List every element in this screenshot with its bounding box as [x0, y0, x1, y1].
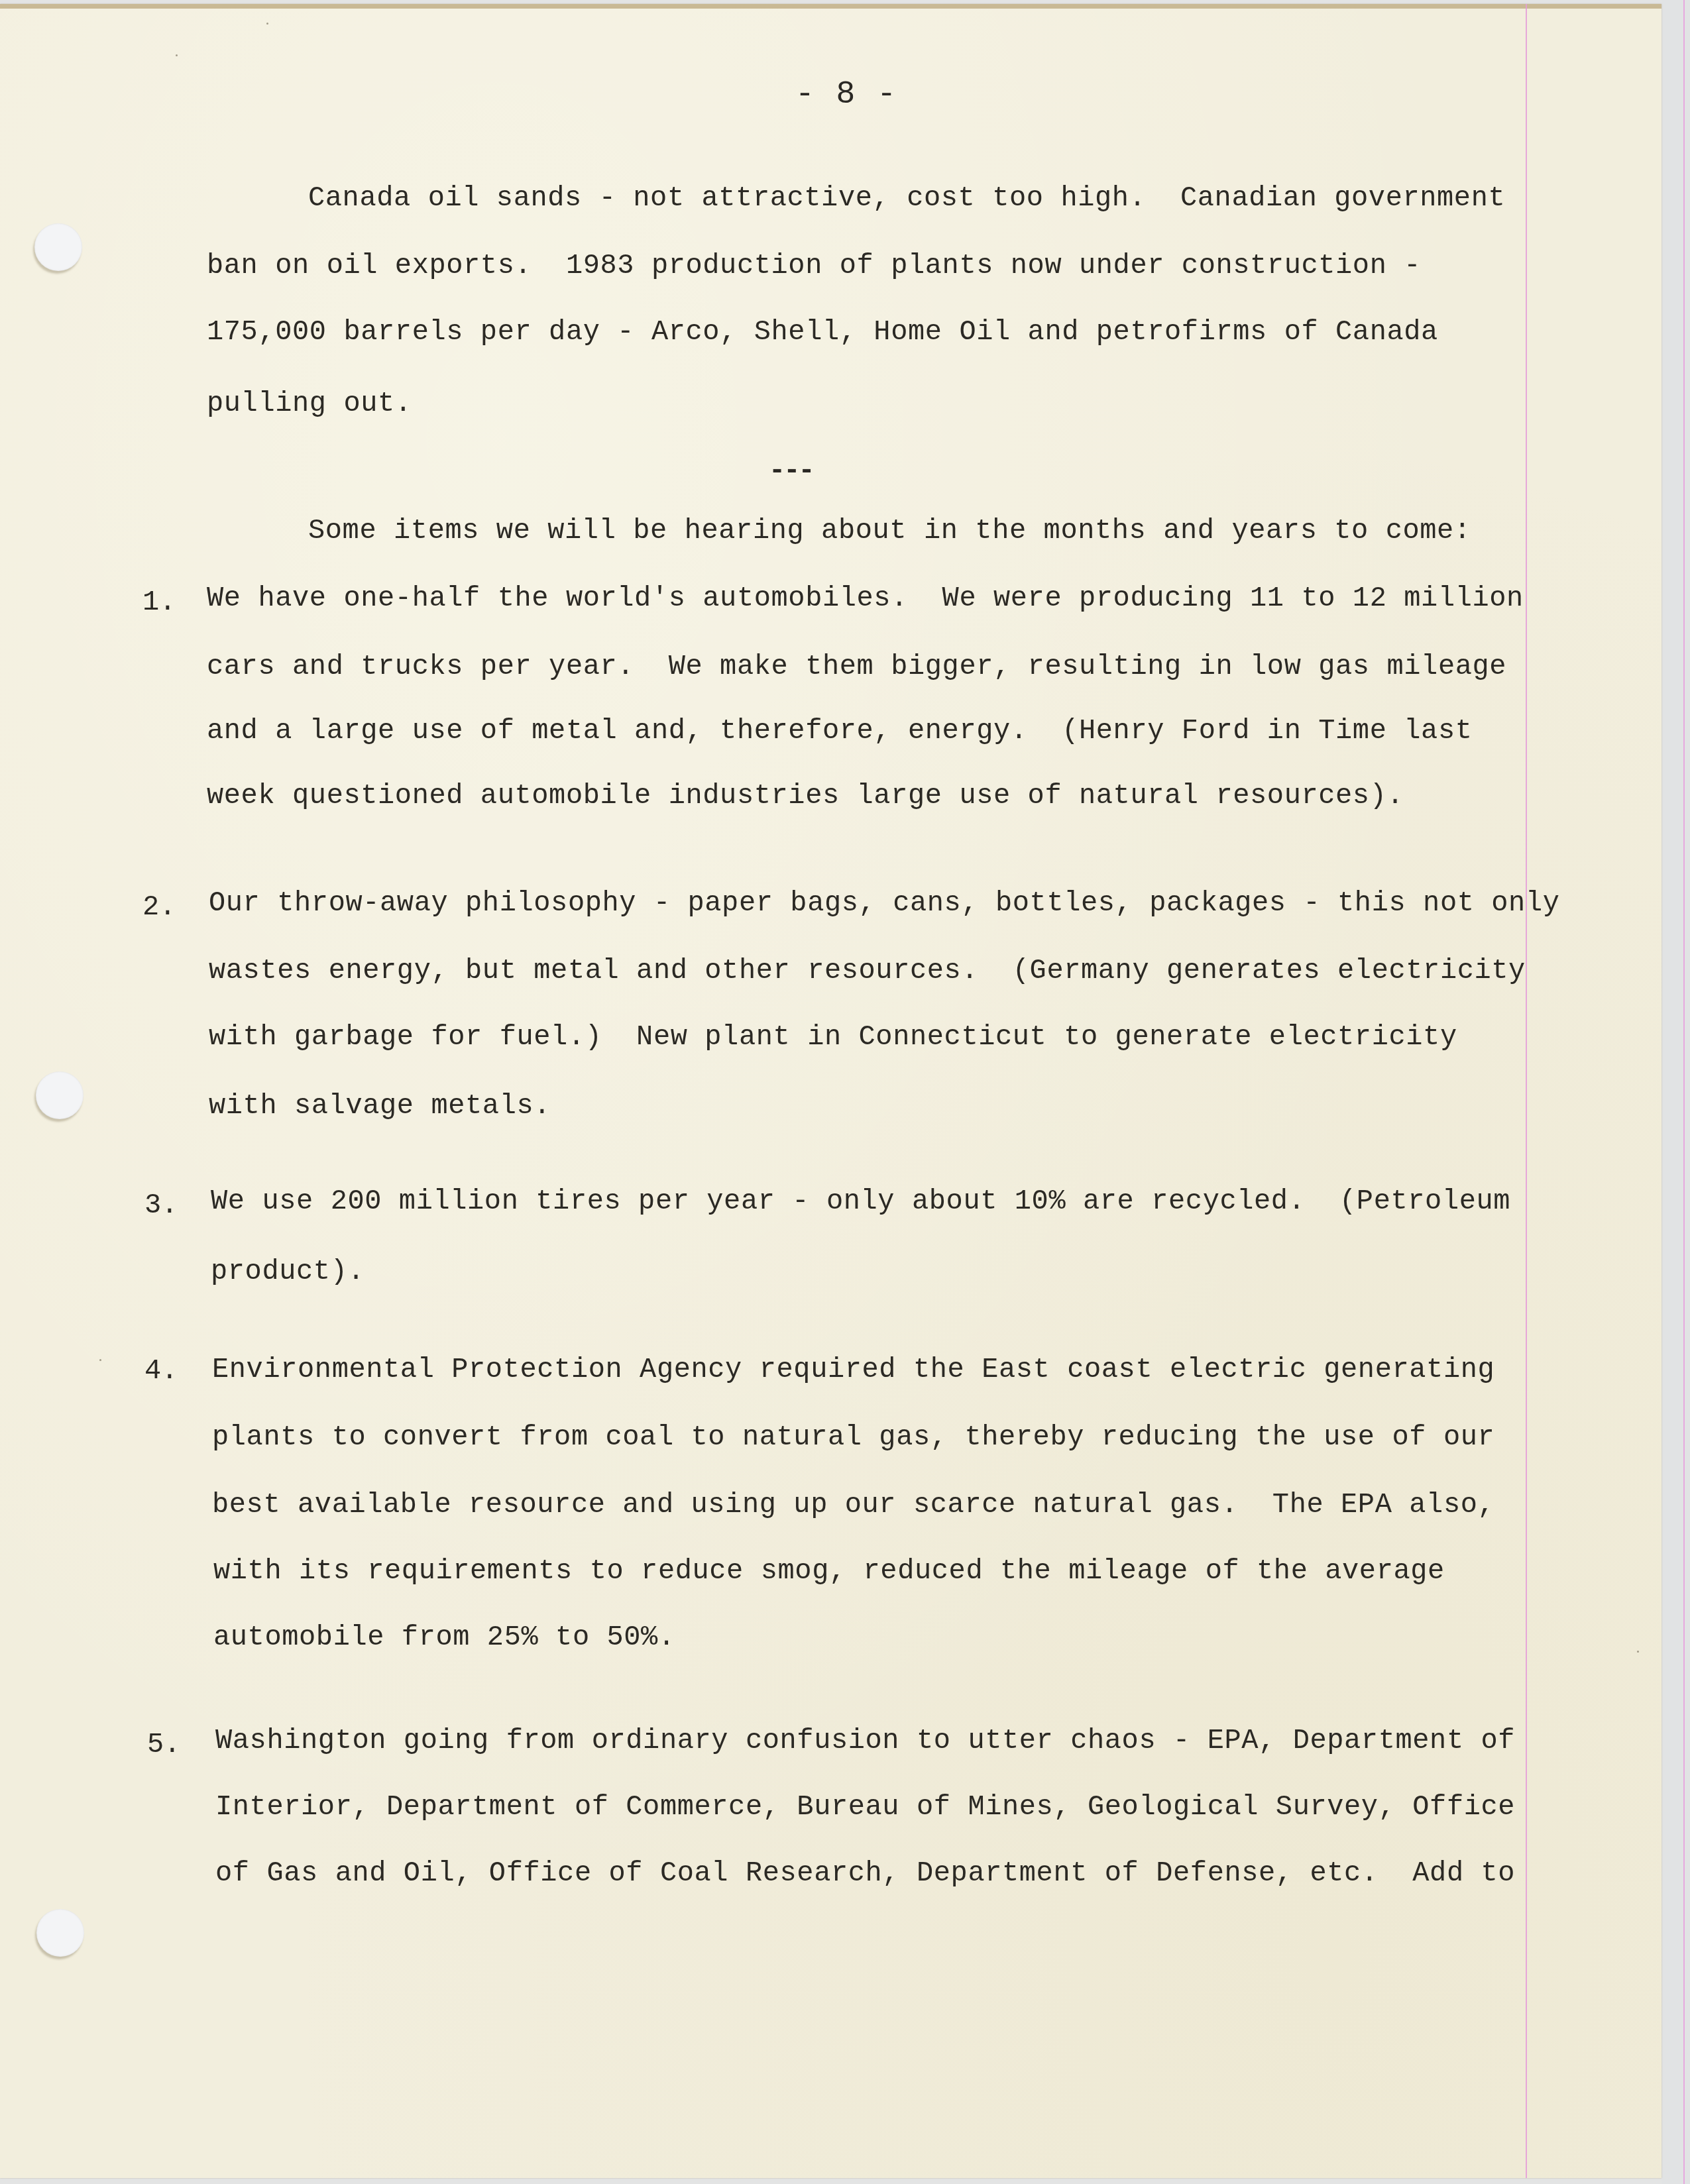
list-item-line: of Gas and Oil, Office of Coal Research,…: [215, 1857, 1515, 1890]
list-item-line: with salvage metals.: [209, 1089, 551, 1122]
paragraph-line: ban on oil exports. 1983 production of p…: [207, 249, 1421, 282]
punch-hole-icon: [36, 1909, 84, 1957]
page-top-edge: [0, 4, 1662, 9]
list-item-line: Environmental Protection Agency required…: [212, 1353, 1494, 1386]
right-margin-rule: [1526, 4, 1527, 2178]
paper-speck: [176, 54, 178, 56]
list-item-line: We use 200 million tires per year - only…: [211, 1185, 1510, 1218]
section-separator: ---: [769, 455, 813, 488]
list-item-line: Interior, Department of Commerce, Bureau…: [215, 1790, 1515, 1824]
list-item-number: 1.: [142, 586, 176, 619]
paper-speck: [99, 1359, 101, 1361]
list-item-line: Washington going from ordinary confusion…: [215, 1724, 1515, 1757]
paragraph-line: pulling out.: [207, 387, 412, 420]
list-item-line: cars and trucks per year. We make them b…: [207, 650, 1506, 683]
list-item-line: We have one-half the world's automobiles…: [207, 582, 1524, 615]
list-item-number: 2.: [142, 891, 176, 924]
paper-speck: [1637, 1651, 1639, 1653]
list-item-line: best available resource and using up our…: [212, 1488, 1494, 1521]
scan-backdrop-rule: [1683, 0, 1685, 2184]
list-item-line: and a large use of metal and, therefore,…: [207, 714, 1473, 747]
list-item-line: automobile from 25% to 50%.: [213, 1621, 675, 1654]
list-item-line: with garbage for fuel.) New plant in Con…: [209, 1020, 1457, 1054]
list-item-line: product).: [211, 1255, 365, 1288]
list-item-line: with its requirements to reduce smog, re…: [213, 1555, 1445, 1588]
page-number: - 8 -: [795, 77, 897, 113]
list-item-line: plants to convert from coal to natural g…: [212, 1421, 1494, 1454]
list-item-line: week questioned automobile industries la…: [207, 779, 1404, 812]
list-intro: Some items we will be hearing about in t…: [308, 514, 1471, 547]
punch-hole-icon: [34, 223, 82, 271]
paragraph-line: 175,000 barrels per day - Arco, Shell, H…: [207, 315, 1438, 349]
scan-backdrop: [1662, 0, 1690, 2184]
list-item-line: Our throw-away philosophy - paper bags, …: [209, 887, 1560, 920]
document-page: - 8 - Canada oil sands - not attractive,…: [0, 4, 1662, 2178]
list-item-number: 3.: [144, 1189, 178, 1222]
punch-hole-icon: [36, 1071, 84, 1119]
list-item-number: 4.: [144, 1354, 178, 1388]
list-item-line: wastes energy, but metal and other resou…: [209, 954, 1526, 987]
paragraph-line: Canada oil sands - not attractive, cost …: [308, 182, 1505, 215]
list-item-number: 5.: [147, 1728, 180, 1761]
paper-speck: [266, 23, 268, 25]
